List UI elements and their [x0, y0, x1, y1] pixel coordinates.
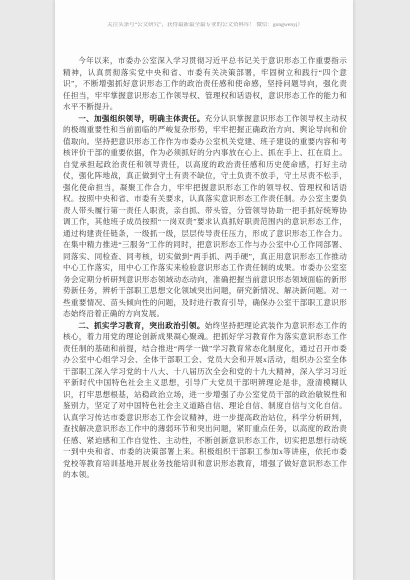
document-page: 关注头条号“公文研究”，获得最新最全最专业的公文资料库！ 微信：gongweny… [55, 0, 353, 580]
paragraph-lead: 二、抓实学习教育，突出政治引领。 [78, 321, 205, 330]
paragraph-text: 充分认识掌握意识形态工作领导权主动权的极端重要性和当前面临的严峻复杂形势，牢牢把… [63, 114, 347, 319]
paragraph-lead: 一、加强组织领导，明确主体责任。 [78, 114, 205, 123]
paragraph-text: 始终坚持把理论武装作为意识形态工作的核心，着力用党的理论创新成果凝心聚魂。把抓好… [63, 321, 347, 480]
watermark-header: 关注头条号“公文研究”，获得最新最全最专业的公文资料库！ 微信：gongweny… [63, 22, 347, 29]
paragraph: 今年以来，市委办公室深入学习贯彻习近平总书记关于意识形态工作重要指示精神，认真贯… [63, 55, 347, 113]
paragraph: 一、加强组织领导，明确主体责任。充分认识掌握意识形态工作领导权主动权的极端重要性… [63, 113, 347, 320]
document-viewer: 关注头条号“公文研究”，获得最新最全最专业的公文资料库！ 微信：gongweny… [0, 0, 410, 580]
document-body: 今年以来，市委办公室深入学习贯彻习近平总书记关于意识形态工作重要指示精神，认真贯… [63, 55, 347, 481]
paragraph-text: 今年以来，市委办公室深入学习贯彻习近平总书记关于意识形态工作重要指示精神，认真贯… [63, 56, 347, 111]
paragraph: 二、抓实学习教育，突出政治引领。始终坚持把理论武装作为意识形态工作的核心，着力用… [63, 320, 347, 481]
